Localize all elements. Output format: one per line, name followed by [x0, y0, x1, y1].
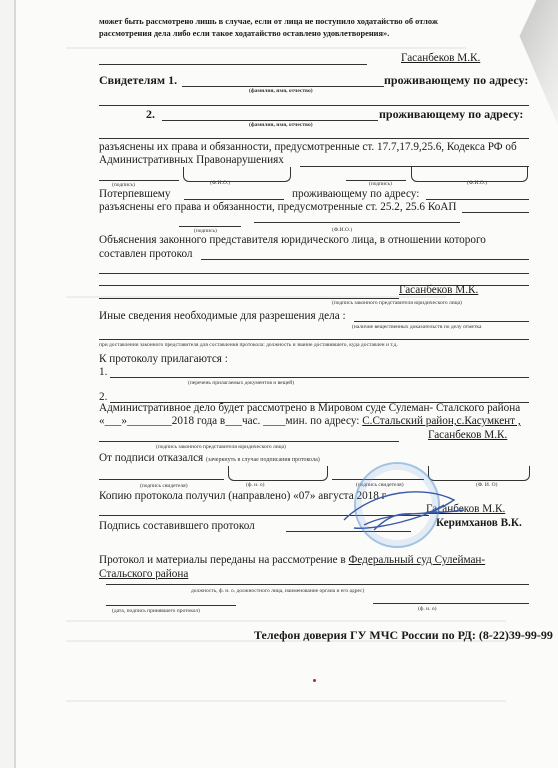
- signer-name: Гасанбеков М.К.: [401, 52, 480, 65]
- official-caption: должность, ф. и. о. должностного лица, н…: [191, 588, 364, 595]
- rights-line1: разъяснены их права и обязанности, преду…: [99, 141, 517, 154]
- attachments-caption: (перечень прилагаемых документов и вещей…: [188, 380, 294, 387]
- fio-caption: (Ф.И.О.): [467, 180, 487, 187]
- court-date-line: «___»________2018 года в___час. ____мин.…: [99, 415, 521, 428]
- signature-line: [99, 64, 367, 65]
- victim-address-line: [426, 199, 529, 200]
- receiver-line: [106, 605, 236, 606]
- witness-1-address-label: проживающему по адресу:: [384, 74, 528, 87]
- delivery-caption: при доставлении законного представителя …: [99, 342, 398, 349]
- bleed-through: [66, 700, 506, 702]
- witness-signature-caption: (подпись свидетеля): [140, 483, 188, 490]
- victim-label: Потерпевшему: [99, 188, 170, 201]
- fio-bracket: [428, 466, 530, 481]
- rights-line2: Административных Правонарушениях: [99, 154, 284, 167]
- victim-rights-line: [462, 212, 529, 213]
- official-line: [106, 584, 529, 585]
- composer-label: Подпись составившего протокол: [99, 520, 255, 533]
- bleed-through: [66, 47, 466, 49]
- transfer-line2: Стальского района: [99, 568, 188, 581]
- transfer-line1: Протокол и материалы переданы на рассмот…: [99, 554, 485, 567]
- legal-rep-name: Гасанбеков М.К.: [399, 284, 478, 297]
- fio-bracket: [183, 167, 291, 182]
- fio-caption: (фамилия, имя, отчество): [249, 88, 313, 95]
- attachment-1-label: 1.: [99, 366, 107, 379]
- evidence-caption: (наличие вещественных доказательств по д…: [352, 324, 481, 331]
- refused-note: (зачеркнуть в случае подписания протокол…: [206, 457, 320, 463]
- receiver-fio-line: [373, 603, 529, 604]
- signature-line: [99, 180, 179, 181]
- receiver-caption: (дата, подпись принявшего протокол): [112, 608, 200, 615]
- fio-line: [254, 222, 460, 223]
- other-info-line: [354, 321, 529, 322]
- witness-1-label: Свидетелям 1.: [99, 74, 177, 87]
- fio-caption: (ф. и. о): [418, 606, 436, 613]
- fio-caption: (Ф.И.О.): [210, 180, 230, 187]
- hotline: Телефон доверия ГУ МЧС России по РД: (8-…: [254, 629, 553, 642]
- fio-caption: (Ф. И. О): [476, 482, 497, 489]
- fio-bracket: [228, 466, 328, 481]
- explanations-line2: составлен протокол: [99, 248, 193, 261]
- attachment-1-line: [110, 377, 529, 378]
- witness-1-fio-line: [182, 86, 384, 87]
- signature-line: [179, 226, 241, 227]
- victim-rights: разъяснены его права и обязанности, пред…: [99, 201, 456, 214]
- explanations-line: [99, 298, 399, 299]
- explanations-line1: Объяснения законного представителя юриди…: [99, 234, 486, 247]
- attachments-title: К протоколу прилагаются :: [99, 353, 228, 366]
- refused-label: От подписи отказался (зачеркнуть в случа…: [99, 452, 320, 465]
- legal-rep-caption: (подпись законного представителя юридиче…: [156, 444, 286, 451]
- transfer-court: Федеральный суд Сулейман-: [349, 554, 486, 566]
- explanations-line: [201, 259, 529, 260]
- court-date-time: «___»________2018 года в___час. ____мин.…: [99, 415, 362, 427]
- victim-fio-line: [184, 199, 284, 200]
- witness-1-address-line: [99, 105, 529, 106]
- other-info-line: [99, 339, 529, 340]
- handwritten-signature: [334, 480, 474, 550]
- signature-caption: (подпись): [369, 181, 392, 188]
- explanations-line: [99, 273, 529, 274]
- court-line1: Административное дело будет рассмотрено …: [99, 402, 520, 415]
- other-info-label: Иные сведения необходимые для разрешения…: [99, 310, 346, 323]
- court-signer-name: Гасанбеков М.К.: [428, 429, 507, 442]
- bleed-through: [66, 620, 506, 622]
- legal-rep-caption: (подпись законного представителя юридиче…: [332, 300, 462, 307]
- fio-caption: (ф. и. о): [246, 482, 264, 489]
- witness-2-address-label: проживающему по адресу:: [379, 108, 523, 121]
- legal-rep-signature-line: [99, 441, 399, 442]
- top-paragraph-line2: рассмотрения дела либо если такое ходата…: [99, 27, 389, 40]
- court-address: С.Стальский район,с.Касумкент ,: [362, 415, 520, 427]
- transfer-text: Протокол и материалы переданы на рассмот…: [99, 554, 349, 566]
- witness-signature-line: [99, 479, 224, 480]
- witness-2-label: 2.: [146, 108, 155, 121]
- witness-2-address-line: [99, 138, 529, 139]
- ink-spot: [313, 679, 316, 682]
- fio-caption: (фамилия, имя, отчество): [249, 122, 313, 129]
- victim-address-label: проживающему по адресу:: [292, 188, 419, 201]
- refused-text: От подписи отказался: [99, 452, 203, 464]
- witness-2-fio-line: [162, 120, 378, 121]
- fio-caption: (Ф.И.О.): [332, 227, 352, 234]
- document-page: может быть рассмотрено лишь в случае, ес…: [14, 0, 558, 768]
